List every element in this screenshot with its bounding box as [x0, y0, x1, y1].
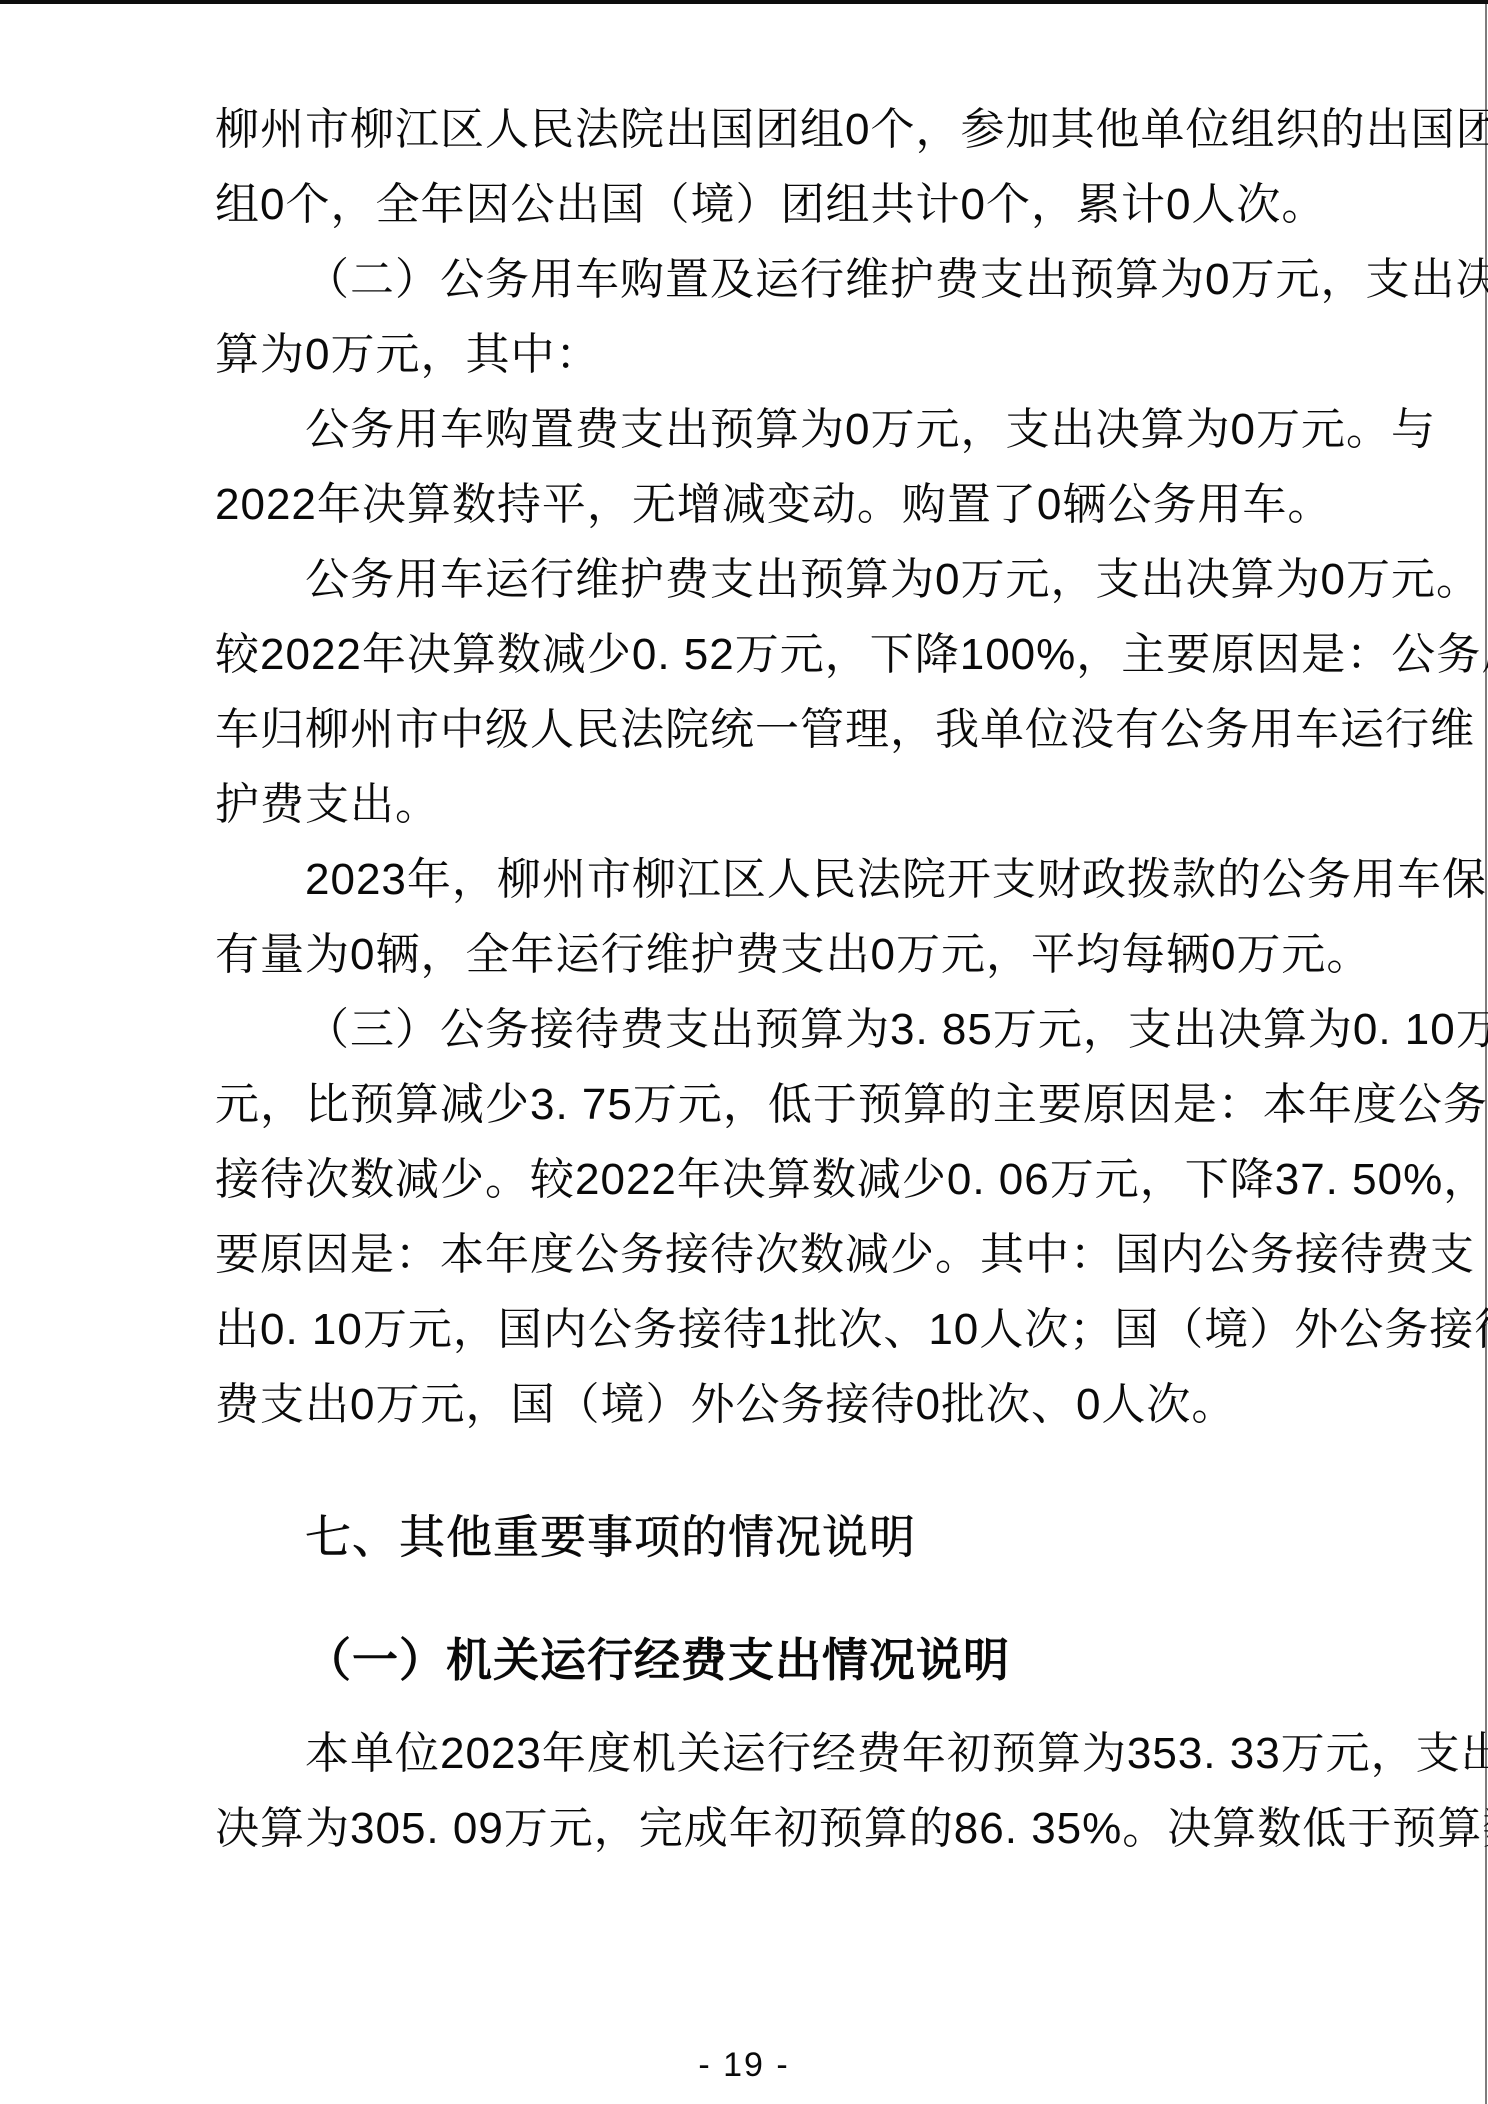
text-line: 算为0万元，其中： [215, 317, 1295, 392]
text-line: 费支出0万元，国（境）外公务接待0批次、0人次。 [215, 1367, 1295, 1442]
text-line: 2022年决算数持平，无增减变动。购置了0辆公务用车。 [215, 467, 1295, 542]
text-line: 护费支出。 [215, 767, 1295, 842]
right-border-line [1485, 4, 1487, 2104]
text-line: 本单位2023年度机关运行经费年初预算为353. 33万元，支出 [215, 1716, 1295, 1791]
text-line: 要原因是：本年度公务接待次数减少。其中：国内公务接待费支 [215, 1217, 1295, 1292]
text-line: 2023年，柳州市柳江区人民法院开支财政拨款的公务用车保 [215, 842, 1295, 917]
document-page: 柳州市柳江区人民法院出国团组0个，参加其他单位组织的出国团 组0个，全年因公出国… [0, 0, 1488, 2104]
text-line: 较2022年决算数减少0. 52万元，下降100%，主要原因是：公务用 [215, 617, 1295, 692]
text-line: 公务用车购置费支出预算为0万元，支出决算为0万元。与 [215, 392, 1295, 467]
text-line: （二）公务用车购置及运行维护费支出预算为0万元，支出决 [215, 242, 1295, 317]
page-number: - 19 - [0, 2040, 1488, 2090]
text-line: 出0. 10万元，国内公务接待1批次、10人次；国（境）外公务接待 [215, 1292, 1295, 1367]
text-line: 组0个，全年因公出国（境）团组共计0个，累计0人次。 [215, 167, 1295, 242]
text-line: 决算为305. 09万元，完成年初预算的86. 35%。决算数低于预算数 [215, 1791, 1295, 1866]
text-line: （三）公务接待费支出预算为3. 85万元，支出决算为0. 10万 [215, 992, 1295, 1067]
document-content: 柳州市柳江区人民法院出国团组0个，参加其他单位组织的出国团 组0个，全年因公出国… [215, 92, 1295, 1866]
top-border-bar [0, 0, 1488, 4]
text-line: 接待次数减少。较2022年决算数减少0. 06万元，下降37. 50%，主 [215, 1142, 1295, 1217]
section-heading: 七、其他重要事项的情况说明 [215, 1500, 1295, 1575]
text-line: 元，比预算减少3. 75万元，低于预算的主要原因是：本年度公务 [215, 1067, 1295, 1142]
subsection-heading: （一）机关运行经费支出情况说明 [215, 1623, 1295, 1698]
text-line: 柳州市柳江区人民法院出国团组0个，参加其他单位组织的出国团 [215, 92, 1295, 167]
text-line: 公务用车运行维护费支出预算为0万元，支出决算为0万元。 [215, 542, 1295, 617]
text-line: 车归柳州市中级人民法院统一管理，我单位没有公务用车运行维 [215, 692, 1295, 767]
text-line: 有量为0辆，全年运行维护费支出0万元，平均每辆0万元。 [215, 917, 1295, 992]
